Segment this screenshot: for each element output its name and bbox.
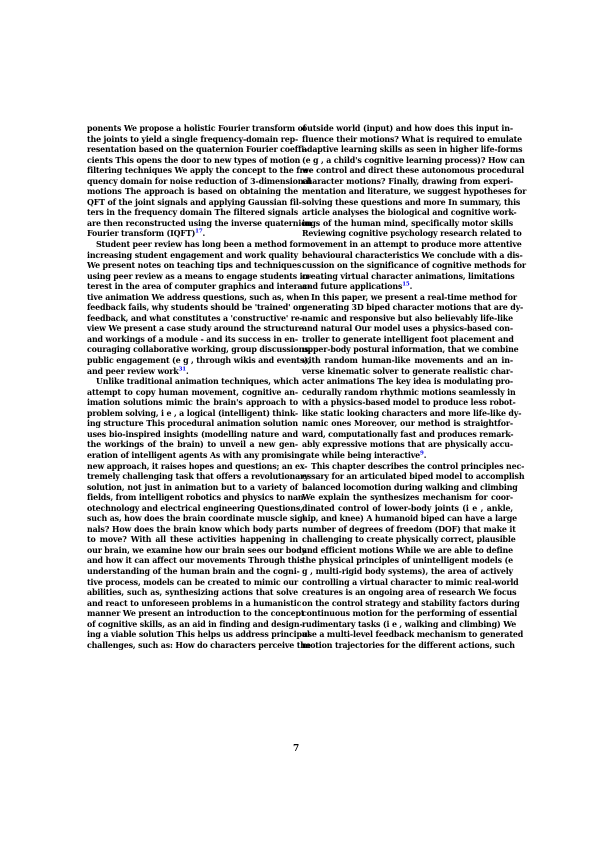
text-line: upper-body postural information, that we… — [302, 345, 513, 356]
text-line: challenges, such as: How do characters p… — [87, 641, 298, 652]
sentence-end: . — [410, 282, 413, 291]
text-line: resentation based on the quaternion Four… — [87, 145, 298, 156]
text-line: like static looking characters and more … — [302, 409, 513, 420]
text-line: namic and responsive but also believably… — [302, 314, 513, 325]
text-line-body: and peer review work — [87, 367, 179, 376]
text-line: motion trajectories for the different ac… — [302, 641, 513, 652]
text-line: imation solutions mimic the brain's appr… — [87, 398, 298, 409]
text-line: number of degrees of freedom (DOF) that … — [302, 525, 513, 536]
text-line: namic ones Moreover, our method is strai… — [302, 419, 513, 430]
text-line: tremely challenging task that offers a r… — [87, 472, 298, 483]
text-line: balanced locomotion during walking and c… — [302, 483, 513, 494]
text-line: We present notes on teaching tips and te… — [87, 261, 298, 272]
text-line: are then reconstructed using the inverse… — [87, 219, 298, 230]
text-line: ings of the human mind, specifically mot… — [302, 219, 513, 230]
text-line: ing a viable solution This helps us addr… — [87, 630, 298, 641]
text-line: attempt to copy human movement, cognitiv… — [87, 388, 298, 399]
citation-link[interactable]: 17 — [195, 229, 202, 235]
text-line: controlling a virtual character to mimic… — [302, 578, 513, 589]
paragraph: In this paper, we present a real-time me… — [302, 293, 513, 462]
text-line: QFT of the joint signals and applying Ga… — [87, 198, 298, 209]
text-line: behavioural characteristics We conclude … — [302, 251, 513, 262]
text-line: such as, how does the brain coordinate m… — [87, 514, 298, 525]
text-line-body: rate while being interactive — [302, 451, 420, 460]
text-line: and workings of a module - and its succe… — [87, 335, 298, 346]
paragraph: This chapter describes the control princ… — [302, 462, 513, 652]
text-line: fields, from intelligent robotics and ph… — [87, 493, 298, 504]
text-line: dinated control of lower-body joints (i … — [302, 504, 513, 515]
text-line: otechnology and electrical engineering Q… — [87, 504, 298, 515]
text-line: challenging to create physically correct… — [302, 535, 513, 546]
text-line: (e g , a child's cognitive learning proc… — [302, 156, 513, 167]
text-line: This chapter describes the control princ… — [302, 462, 513, 473]
paper-page: ponents We propose a holistic Fourier tr… — [0, 0, 595, 842]
text-line: troller to generate intelligent foot pla… — [302, 335, 513, 346]
text-line: nals? How does the brain know which body… — [87, 525, 298, 536]
text-line: Reviewing cognitive psychology research … — [302, 229, 513, 240]
text-line: ward, computationally fast and produces … — [302, 430, 513, 441]
text-line-body: and future applications — [302, 282, 402, 291]
citation-link[interactable]: 15 — [402, 282, 409, 288]
text-line: eration of intelligent agents As with an… — [87, 451, 298, 462]
text-line: rate while being interactive9. — [302, 451, 513, 462]
text-line: ters in the frequency domain The filtere… — [87, 208, 298, 219]
right-column: outside world (input) and how does this … — [302, 124, 513, 651]
text-line: movement in an attempt to produce more a… — [302, 240, 513, 251]
text-line: and future applications15. — [302, 282, 513, 293]
text-line: cients This opens the door to new types … — [87, 156, 298, 167]
text-line: view We present a case study around the … — [87, 324, 298, 335]
text-line: cedurally random rhythmic motions seamle… — [302, 388, 513, 399]
text-line: terest in the area of computer graphics … — [87, 282, 298, 293]
text-line: abilities, such as, synthesizing actions… — [87, 588, 298, 599]
text-line: tive animation We address questions, suc… — [87, 293, 298, 304]
text-line: public engagement (e g , through wikis a… — [87, 356, 298, 367]
text-line: ably expressive motions that are physica… — [302, 440, 513, 451]
text-line: quency domain for noise reduction of 3-d… — [87, 177, 298, 188]
paragraph: outside world (input) and how does this … — [302, 124, 513, 293]
text-line: Unlike traditional animation techniques,… — [87, 377, 298, 388]
text-line: increasing student engagement and work q… — [87, 251, 298, 262]
text-line: and how it can affect our movements Thro… — [87, 556, 298, 567]
text-line: of cognitive skills, as an aid in findin… — [87, 620, 298, 631]
left-column: ponents We propose a holistic Fourier tr… — [87, 124, 298, 651]
text-line: manner We present an introduction to the… — [87, 609, 298, 620]
text-line: we control and direct these autonomous p… — [302, 166, 513, 177]
text-line: tive process, models can be created to m… — [87, 578, 298, 589]
text-line: article analyses the biological and cogn… — [302, 208, 513, 219]
text-line: with random human-like movements and an … — [302, 356, 513, 367]
text-line: on the control strategy and stability fa… — [302, 599, 513, 610]
text-line: character motions? Finally, drawing from… — [302, 177, 513, 188]
text-line: use a multi-level feedback mechanism to … — [302, 630, 513, 641]
text-line: problem solving, i e , a logical (intell… — [87, 409, 298, 420]
text-line: solution, not just in animation but to a… — [87, 483, 298, 494]
text-line: motions The approach is based on obtaini… — [87, 187, 298, 198]
text-line: to move? With all these activities happe… — [87, 535, 298, 546]
text-line: ponents We propose a holistic Fourier tr… — [87, 124, 298, 135]
text-line: Fourier transform (IQFT)17. — [87, 229, 298, 240]
sentence-end: . — [203, 229, 206, 238]
text-line: the workings of the brain) to unveil a n… — [87, 440, 298, 451]
paragraph: Unlike traditional animation techniques,… — [87, 377, 298, 651]
text-line: the physical principles of unintelligent… — [302, 556, 513, 567]
text-line: feedback, and what constitutes a 'constr… — [87, 314, 298, 325]
text-line: In this paper, we present a real-time me… — [302, 293, 513, 304]
text-line: ing structure This procedural animation … — [87, 419, 298, 430]
text-line: fluence their motions? What is required … — [302, 135, 513, 146]
text-line: creatures is an ongoing area of research… — [302, 588, 513, 599]
text-line: filtering techniques We apply the concep… — [87, 166, 298, 177]
page-number: 7 — [293, 744, 299, 754]
text-line: generating 3D biped character motions th… — [302, 303, 513, 314]
text-line: understanding of the human brain and the… — [87, 567, 298, 578]
paragraph: Student peer review has long been a meth… — [87, 240, 298, 377]
text-line: feedback fails, why students should be '… — [87, 303, 298, 314]
sentence-end: . — [186, 367, 189, 376]
text-line: rudimentary tasks (i e , walking and cli… — [302, 620, 513, 631]
text-line: uses bio-inspired insights (modelling na… — [87, 430, 298, 441]
text-line: Student peer review has long been a meth… — [87, 240, 298, 251]
text-line: and efficient motions While we are able … — [302, 546, 513, 557]
text-line: and natural Our model uses a physics-bas… — [302, 324, 513, 335]
text-line: solving these questions and more In summ… — [302, 198, 513, 209]
text-line: hip, and knee) A humanoid biped can have… — [302, 514, 513, 525]
paragraph: ponents We propose a holistic Fourier tr… — [87, 124, 298, 240]
text-line: using peer review as a means to engage s… — [87, 272, 298, 283]
text-line: cussion on the significance of cognitive… — [302, 261, 513, 272]
text-line: continuous motion for the performing of … — [302, 609, 513, 620]
text-line: outside world (input) and how does this … — [302, 124, 513, 135]
text-line: acter animations The key idea is modulat… — [302, 377, 513, 388]
text-line: verse kinematic solver to generate reali… — [302, 367, 513, 378]
text-line: We explain the synthesizes mechanism for… — [302, 493, 513, 504]
text-line: the joints to yield a single frequency-d… — [87, 135, 298, 146]
sentence-end: . — [424, 451, 427, 460]
text-line: adaptive learning skills as seen in high… — [302, 145, 513, 156]
text-line: and peer review work31. — [87, 367, 298, 378]
text-line: and react to unforeseen problems in a hu… — [87, 599, 298, 610]
citation-link[interactable]: 31 — [179, 366, 186, 372]
text-line-body: Fourier transform (IQFT) — [87, 229, 195, 238]
text-line: g , multi-rigid body systems), the area … — [302, 567, 513, 578]
text-line: our brain, we examine how our brain sees… — [87, 546, 298, 557]
text-line: couraging collaborative working, group d… — [87, 345, 298, 356]
text-line: essary for an articulated biped model to… — [302, 472, 513, 483]
text-line: new approach, it raises hopes and questi… — [87, 462, 298, 473]
text-line: mentation and literature, we suggest hyp… — [302, 187, 513, 198]
text-line: with a physics-based model to produce le… — [302, 398, 513, 409]
